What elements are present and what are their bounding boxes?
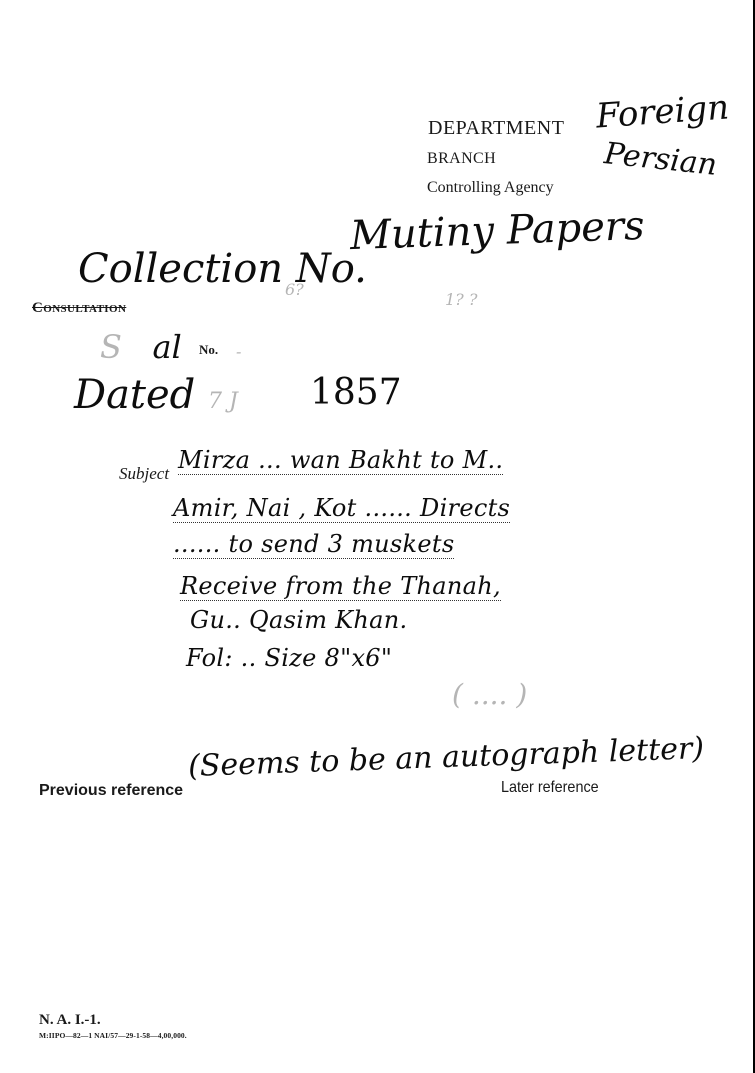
subject-line: Fol: .. Size 8"x6" bbox=[186, 644, 392, 672]
subject-line: ...... to send 3 muskets bbox=[173, 530, 454, 559]
serial-number-value: - bbox=[236, 342, 241, 361]
controlling-agency-label: Controlling Agency bbox=[427, 179, 554, 197]
consultation-label-struck: Consultation bbox=[32, 300, 126, 317]
previous-reference-label: Previous reference bbox=[39, 782, 183, 800]
collection-number-value: 6? bbox=[285, 280, 304, 299]
department-value: Foreign bbox=[595, 87, 731, 136]
serial-prefix: S bbox=[100, 328, 122, 366]
serial-value: S al bbox=[100, 328, 182, 366]
subject-line: Mirza ... wan Bakht to M.. bbox=[178, 446, 503, 475]
dated-label: Dated 7 J bbox=[74, 372, 238, 418]
record-form-page: DEPARTMENT Foreign BRANCH Persian Contro… bbox=[0, 0, 753, 1073]
branch-label: BRANCH bbox=[427, 150, 496, 168]
collection-number-label: Collection No. bbox=[78, 246, 367, 292]
collection-title-subscript: 1? ? bbox=[445, 290, 477, 309]
later-reference-label: Later reference bbox=[501, 779, 599, 797]
faint-seal-mark: ( .... ) bbox=[452, 678, 527, 711]
subject-label: Subject bbox=[119, 464, 169, 484]
branch-value: Persian bbox=[602, 136, 718, 183]
dated-partial: 7 J bbox=[208, 389, 238, 414]
dated-year: 1857 bbox=[310, 372, 402, 413]
subject-line: Amir, Nai , Kot ...... Directs bbox=[173, 494, 510, 523]
dated-text: Dated bbox=[74, 372, 195, 418]
form-code: N. A. I.-1. bbox=[39, 1012, 101, 1029]
subject-line: Receive from the Thanah, bbox=[180, 572, 501, 601]
department-label: DEPARTMENT bbox=[428, 117, 564, 140]
serial-text: al bbox=[152, 328, 181, 366]
autograph-note: (Seems to be an autograph letter) bbox=[188, 731, 705, 784]
serial-no-label: No. bbox=[199, 342, 218, 358]
printer-imprint: M:IIPO—82—1 NAI/57—29-1-58—4,00,000. bbox=[39, 1031, 187, 1040]
collection-title: Mutiny Papers bbox=[349, 203, 645, 259]
subject-line: Gu.. Qasim Khan. bbox=[190, 606, 407, 634]
